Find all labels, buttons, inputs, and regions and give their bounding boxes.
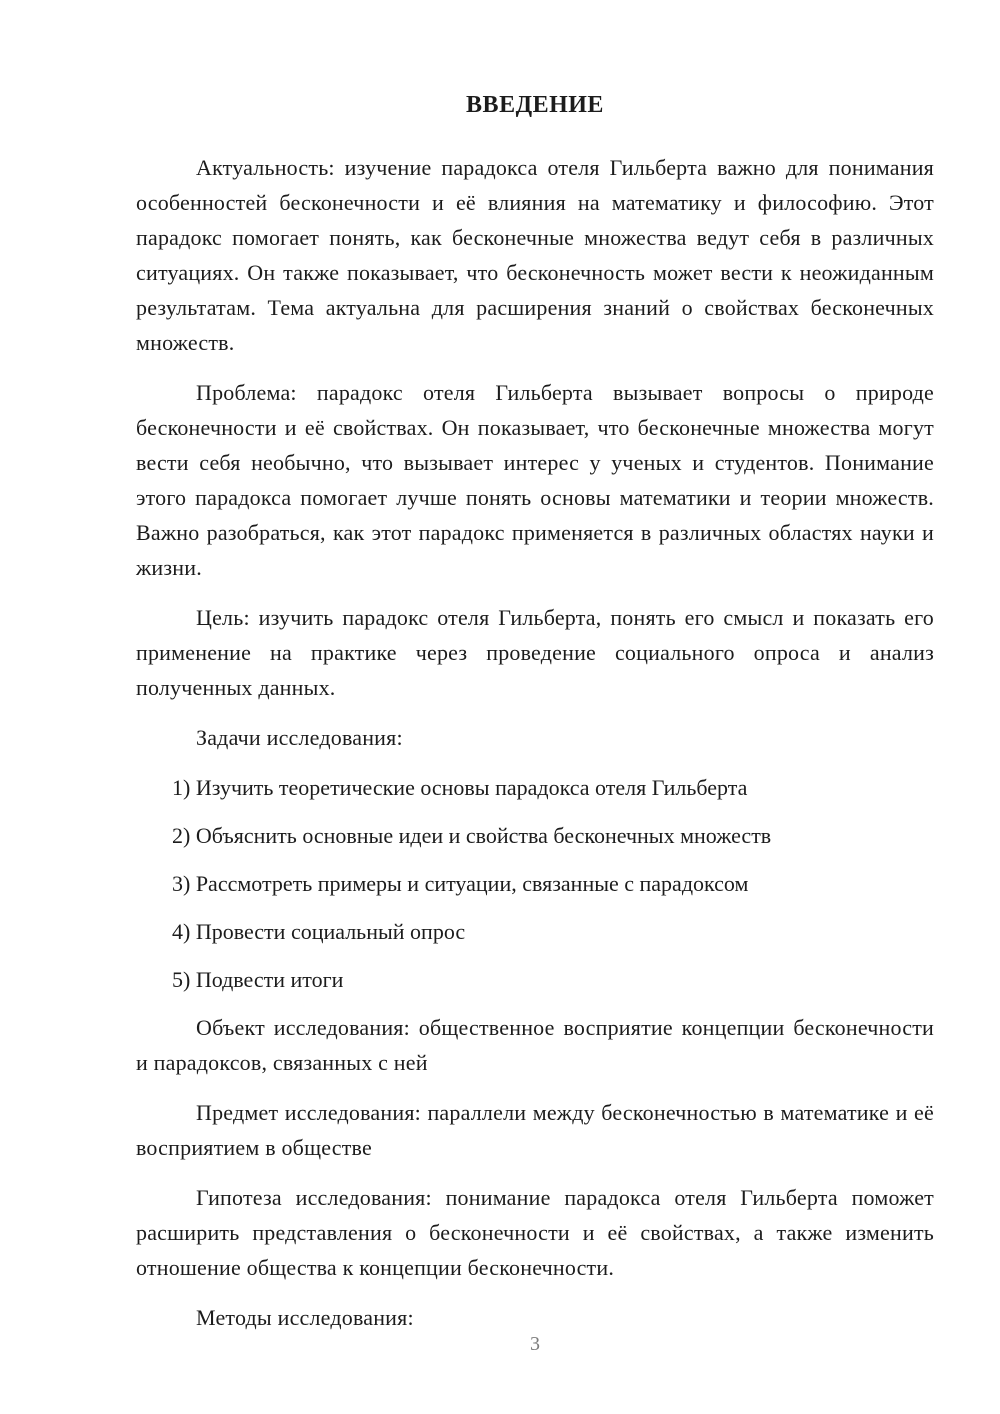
task-item-4: 4) Провести социальный опрос xyxy=(172,914,934,949)
tasks-list: 1) Изучить теоретические основы парадокс… xyxy=(136,770,934,997)
task-item-1: 1) Изучить теоретические основы парадокс… xyxy=(172,770,934,805)
task-item-5: 5) Подвести итоги xyxy=(172,962,934,997)
page-number: 3 xyxy=(136,1333,934,1356)
paragraph-hypothesis: Гипотеза исследования: понимание парадок… xyxy=(136,1180,934,1285)
tasks-heading: Задачи исследования: xyxy=(136,720,934,755)
paragraph-subject: Предмет исследования: параллели между бе… xyxy=(136,1095,934,1165)
paragraph-actuality: Актуальность: изучение парадокса отеля Г… xyxy=(136,150,934,360)
document-page: ВВЕДЕНИЕ Актуальность: изучение парадокс… xyxy=(0,0,1000,1414)
task-item-2: 2) Объяснить основные идеи и свойства бе… xyxy=(172,818,934,853)
paragraph-object: Объект исследования: общественное воспри… xyxy=(136,1010,934,1080)
page-title: ВВЕДЕНИЕ xyxy=(136,90,934,120)
paragraph-problem: Проблема: парадокс отеля Гильберта вызыв… xyxy=(136,375,934,585)
methods-heading: Методы исследования: xyxy=(136,1300,934,1335)
task-item-3: 3) Рассмотреть примеры и ситуации, связа… xyxy=(172,866,934,901)
paragraph-goal: Цель: изучить парадокс отеля Гильберта, … xyxy=(136,600,934,705)
